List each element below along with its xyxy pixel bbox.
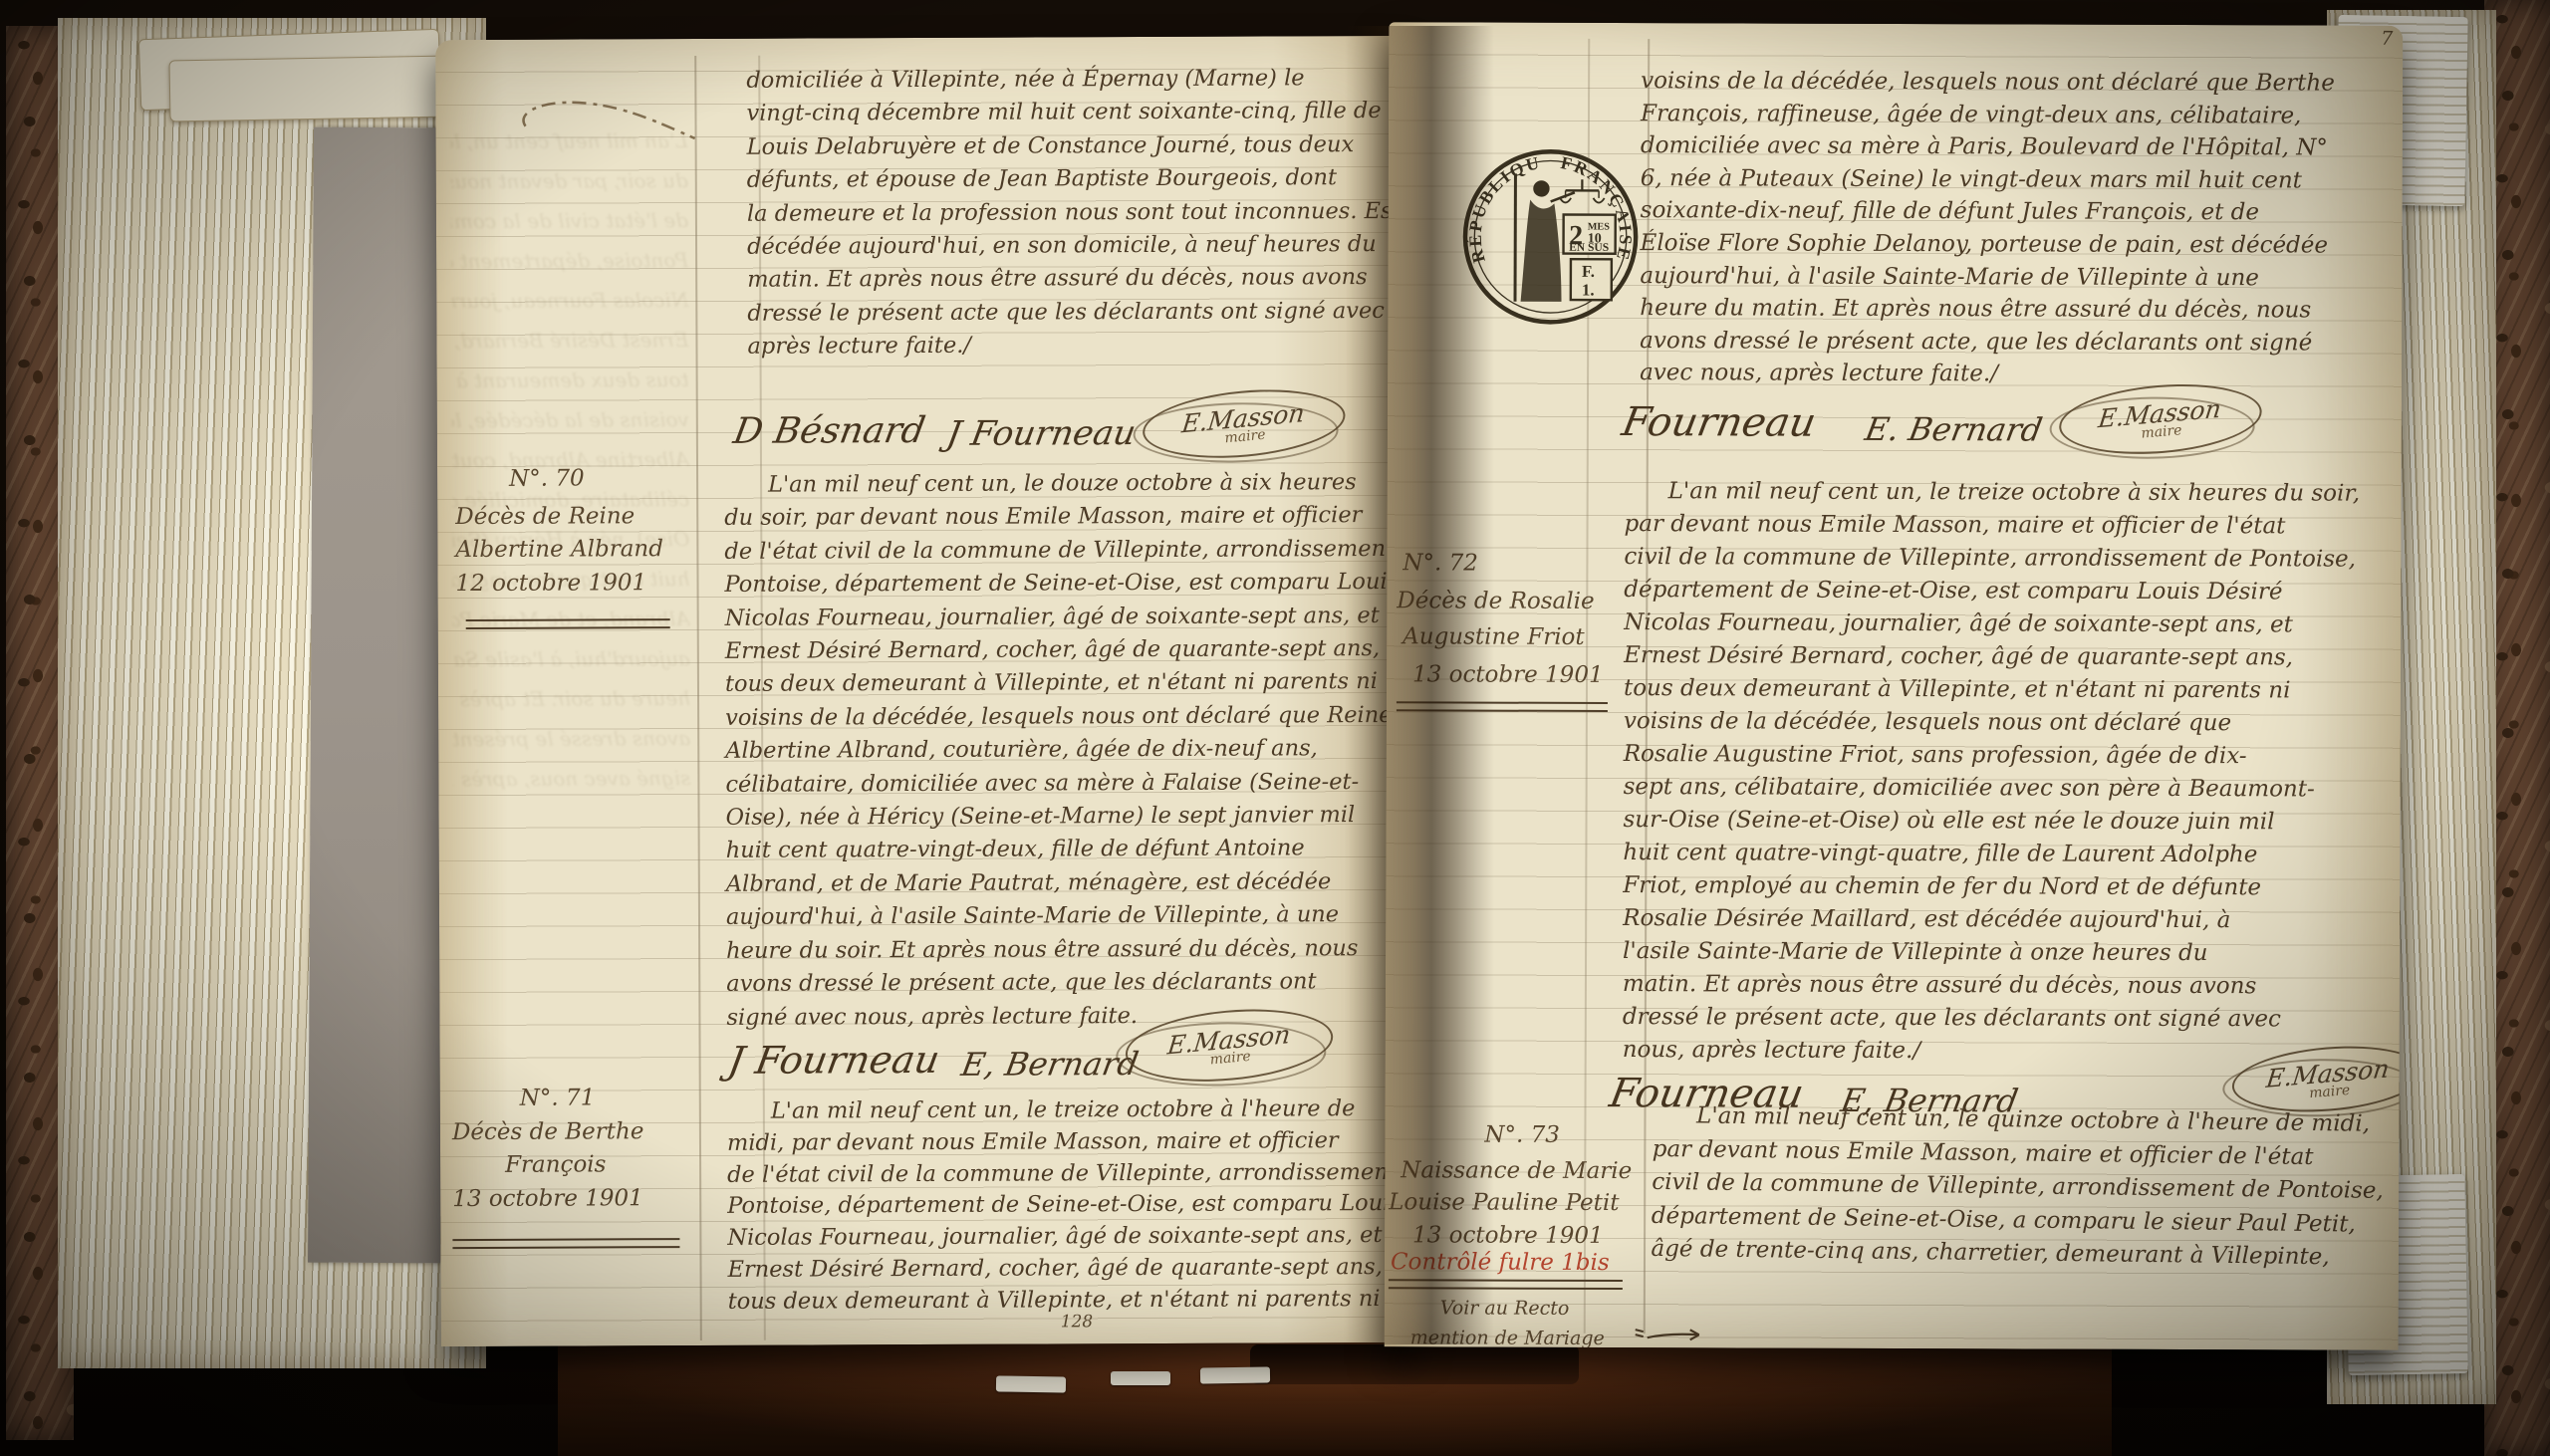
margin-divider [1397, 701, 1608, 712]
declarant-signature: E, Bernard [958, 1045, 1141, 1084]
manuscript-line: Rosalie Augustine Friot, sans profession… [1624, 738, 2389, 774]
manuscript-line: l'asile Sainte-Marie de Villepinte à onz… [1623, 935, 2388, 971]
manuscript-line: domiciliée à Villepinte, née à Épernay (… [746, 62, 1415, 98]
manuscript-line: Pontoise, département de Seine-et-Oise, … [724, 566, 1413, 602]
declarant-signature: E. Bernard [1862, 410, 2045, 449]
manuscript-line: Louis Delabruyère et de Constance Journé… [747, 128, 1415, 164]
margin-act-number: N°. 70 [509, 465, 585, 491]
manuscript-line: aujourd'hui, à l'asile Sainte-Marie de V… [726, 898, 1415, 934]
act-69-continuation: domiciliée à Villepinte, née à Épernay (… [746, 62, 1415, 364]
margin-act-title: Décès de Berthe [452, 1118, 644, 1145]
manuscript-line: dressé le présent acte, que les déclaran… [1623, 1001, 2388, 1037]
manuscript-line: voisins de la décédée, lesquels nous ont… [452, 399, 689, 440]
mayor-signature: E.Masson [1165, 1019, 1291, 1060]
manuscript-line: Rosalie Désirée Maillard, est décédée au… [1623, 902, 2388, 938]
margin-rule [694, 56, 702, 1340]
manuscript-line: Albrand, et de Marie Pautrat, ménagère, … [726, 865, 1415, 901]
manuscript-line: civil de la commune de Villepinte, arron… [1624, 541, 2389, 577]
margin-act-date: 13 octobre 1901 [1412, 661, 1604, 688]
manuscript-line: sept ans, célibataire, domiciliée avec s… [1624, 771, 2389, 807]
manuscript-line: de l'état civil de la commune de Villepi… [451, 200, 688, 241]
margin-divider [1389, 1279, 1623, 1290]
manuscript-line: célibataire, domiciliée avec sa mère à F… [725, 766, 1414, 802]
folio-mark: 7 [2381, 28, 2393, 50]
margin-act-title: Naissance de Marie [1401, 1157, 1632, 1184]
act-71-continuation: voisins de la décédée, lesquels nous ont… [1640, 65, 2393, 392]
manuscript-line: dressé le présent acte que les déclarant… [747, 295, 1415, 331]
margin-act-title: François [505, 1151, 606, 1177]
manuscript-line: L'an mil neuf cent un, le treize octobre… [727, 1093, 1415, 1128]
manuscript-line: avons dressé le présent acte, que les dé… [453, 718, 690, 759]
act-72-body: L'an mil neuf cent un, le treize octobre… [1623, 475, 2390, 1070]
manuscript-line: 6, née à Puteaux (Seine) le vingt-deux m… [1641, 162, 2393, 197]
margin-act-number: N°. 72 [1402, 550, 1478, 576]
margin-act-date: 13 octobre 1901 [1412, 1222, 1604, 1249]
manuscript-line: avons dressé le présent acte, que les dé… [726, 965, 1415, 1001]
manuscript-line: L'an mil neuf cent un, le douze octobre … [724, 466, 1413, 502]
stamp-surcharge: EN SUS [1569, 242, 1609, 254]
manuscript-line: L'an mil neuf cent un, le treize octobre… [1625, 475, 2390, 511]
margin-act-title: Louise Pauline Petit [1389, 1189, 1619, 1216]
left-page: L'an mil neuf cent un, le douze octobre … [435, 36, 1415, 1346]
manuscript-line: voisins de la décédée, lesquels nous ont… [1624, 705, 2389, 741]
margin-act-title: Décès de Rosalie [1397, 588, 1594, 614]
margin-act-number: N°. 71 [520, 1085, 596, 1110]
manuscript-line: heure du matin. Et après nous être assur… [1640, 292, 2392, 327]
manuscript-line: heure du soir. Et après nous être assuré… [726, 932, 1415, 968]
margin-divider [452, 1238, 679, 1249]
manuscript-line: sur-Oise (Seine-et-Oise) où elle est née… [1623, 804, 2388, 840]
page-number: 128 [1061, 1312, 1094, 1332]
page-edge-sliver [996, 1375, 1066, 1392]
manuscript-line: huit cent quatre-vingt-quatre, fille de … [1623, 837, 2388, 872]
mayor-signature-stamp: E.Masson maire [1140, 381, 1348, 465]
declarant-signature: J Fourneau [725, 1038, 943, 1083]
manuscript-line: Ernest Désiré Bernard, cocher, âgé de qu… [727, 1252, 1414, 1287]
manuscript-line: Nicolas Fourneau, journalier, âgé de soi… [725, 599, 1414, 634]
page-corner-flap [168, 56, 450, 122]
manuscript-line: aujourd'hui, à l'asile Sainte-Marie de V… [453, 638, 690, 679]
mayor-signature: E.Masson [2097, 393, 2223, 433]
book-spine-bottom [1250, 1344, 1579, 1384]
manuscript-line: Nicolas Fourneau, journalier, âgé de soi… [1624, 607, 2389, 642]
manuscript-line: voisins de la décédée, lesquels nous ont… [725, 699, 1414, 735]
manuscript-line: de l'état civil de la commune de Villepi… [724, 533, 1413, 569]
gray-insert-sheet [308, 127, 446, 1264]
manuscript-line: Ernest Désiré Bernard, cocher, âgé de qu… [451, 320, 688, 361]
margin-act-date: 12 octobre 1901 [455, 570, 646, 597]
manuscript-line: signé avec nous, après lecture faite. [453, 758, 690, 799]
manuscript-line: aujourd'hui, à l'asile Sainte-Marie de V… [1640, 260, 2392, 295]
manuscript-line: Friot, employé au chemin de fer du Nord … [1623, 869, 2388, 905]
manuscript-line: Nicolas Fourneau, journalier, âgé de soi… [451, 280, 688, 321]
manuscript-line: de l'état civil de la commune de Villepi… [727, 1156, 1415, 1191]
manuscript-line: la demeure et la profession nous sont to… [747, 194, 1415, 230]
manuscript-line: département de Seine-et-Oise, est compar… [1624, 574, 2389, 609]
act-70-body: L'an mil neuf cent un, le douze octobre … [724, 466, 1415, 1035]
manuscript-line: avec nous, après lecture faite./ [1640, 357, 2392, 391]
margin-control-note: Contrôlé fulre 1bis [1391, 1249, 1610, 1276]
page-edge-sliver [1111, 1371, 1170, 1385]
act-73-body: L'an mil neuf cent un, le quinze octobre… [1651, 1099, 2398, 1276]
manuscript-line: Pontoise, département de Seine-et-Oise, … [451, 240, 688, 281]
register-book-photo: L'an mil neuf cent un, le douze octobre … [0, 0, 2550, 1456]
manuscript-line: François, raffineuse, âgée de vingt-deux… [1641, 98, 2393, 132]
manuscript-line: vingt-cinq décembre mil huit cent soixan… [746, 95, 1414, 130]
manuscript-line: Ernest Désiré Bernard, cocher, âgé de qu… [725, 632, 1414, 668]
manuscript-line: Ernest Désiré Bernard, cocher, âgé de qu… [1624, 639, 2389, 675]
manuscript-line: heure du soir. Et après nous être assuré… [453, 678, 690, 719]
declarant-signature: Fourneau [1619, 399, 1820, 446]
margin-act-number: N°. 73 [1484, 1122, 1560, 1148]
stamp-amount: 1. [1582, 280, 1595, 299]
revenue-stamp: RÉPUBLIQUE FRANÇAISE 2 MES 10 EN SUS F. [1457, 143, 1644, 330]
mayor-signature: E.Masson [2265, 1054, 2392, 1093]
page-edge-sliver [1200, 1366, 1270, 1383]
manuscript-line: du soir, par devant nous Emile Masson, m… [724, 499, 1413, 535]
manuscript-line: L'an mil neuf cent un, le douze octobre … [450, 121, 687, 161]
margin-act-title: Albertine Albrand [455, 536, 663, 563]
manuscript-line: Albertine Albrand, couturière, âgée de d… [725, 732, 1414, 768]
margin-act-date: 13 octobre 1901 [452, 1185, 643, 1212]
manuscript-line: Nicolas Fourneau, journalier, âgé de soi… [727, 1220, 1415, 1255]
manuscript-line: décédée aujourd'hui, en son domicile, à … [747, 228, 1415, 264]
manuscript-line: voisins de la décédée, lesquels nous ont… [1641, 65, 2393, 100]
manuscript-line: du soir, par devant nous Emile Masson, m… [451, 160, 688, 201]
manuscript-line: Éloïse Flore Sophie Delanoy, porteuse de… [1640, 227, 2392, 262]
manuscript-line: matin. Et après nous être assuré du décè… [1623, 968, 2388, 1004]
act-71-body: L'an mil neuf cent un, le treize octobre… [727, 1093, 1415, 1319]
manuscript-line: tous deux demeurant à Villepinte, et n'é… [452, 360, 689, 400]
manuscript-line: huit cent quatre-vingt-deux, fille de dé… [726, 832, 1415, 867]
margin-divider [466, 618, 670, 629]
manuscript-line: Pontoise, département de Seine-et-Oise, … [727, 1188, 1415, 1223]
marriage-mention-note: mention de Mariage [1410, 1327, 1605, 1349]
manuscript-line: par devant nous Emile Masson, maire et o… [1625, 508, 2390, 544]
marriage-note-arrow-icon [1632, 1322, 1711, 1347]
manuscript-line: matin. Et après nous être assuré du décè… [747, 261, 1415, 297]
margin-act-title: Augustine Friot [1402, 623, 1585, 650]
margin-act-title: Décès de Reine [455, 503, 635, 530]
manuscript-line: midi, par devant nous Emile Masson, mair… [727, 1125, 1415, 1160]
manuscript-line: après lecture faite./ [747, 328, 1414, 364]
manuscript-line: domiciliée avec sa mère à Paris, Bouleva… [1641, 129, 2393, 164]
mayor-signature: E.Masson [1180, 397, 1306, 438]
marriage-mention-note: Voir au Recto [1440, 1297, 1570, 1319]
manuscript-line: soixante-dix-neuf, fille de défunt Jules… [1641, 194, 2393, 229]
manuscript-line: défunts, et épouse de Jean Baptiste Bour… [747, 161, 1415, 197]
manuscript-line: tous deux demeurant à Villepinte, et n'é… [725, 665, 1414, 701]
stamp-currency: F. [1582, 262, 1595, 281]
declarant-signature: J Fourneau [943, 413, 1139, 454]
manuscript-line: avons dressé le présent acte, que les dé… [1640, 325, 2392, 360]
declarant-signature: D Bésnard [730, 410, 928, 452]
right-page: 7 RÉPUBLIQUE FRANÇAISE [1385, 22, 2404, 1350]
manuscript-line: tous deux demeurant à Villepinte, et n'é… [1624, 672, 2389, 708]
manuscript-line: Oise), née à Héricy (Seine-et-Marne) le … [725, 799, 1414, 835]
